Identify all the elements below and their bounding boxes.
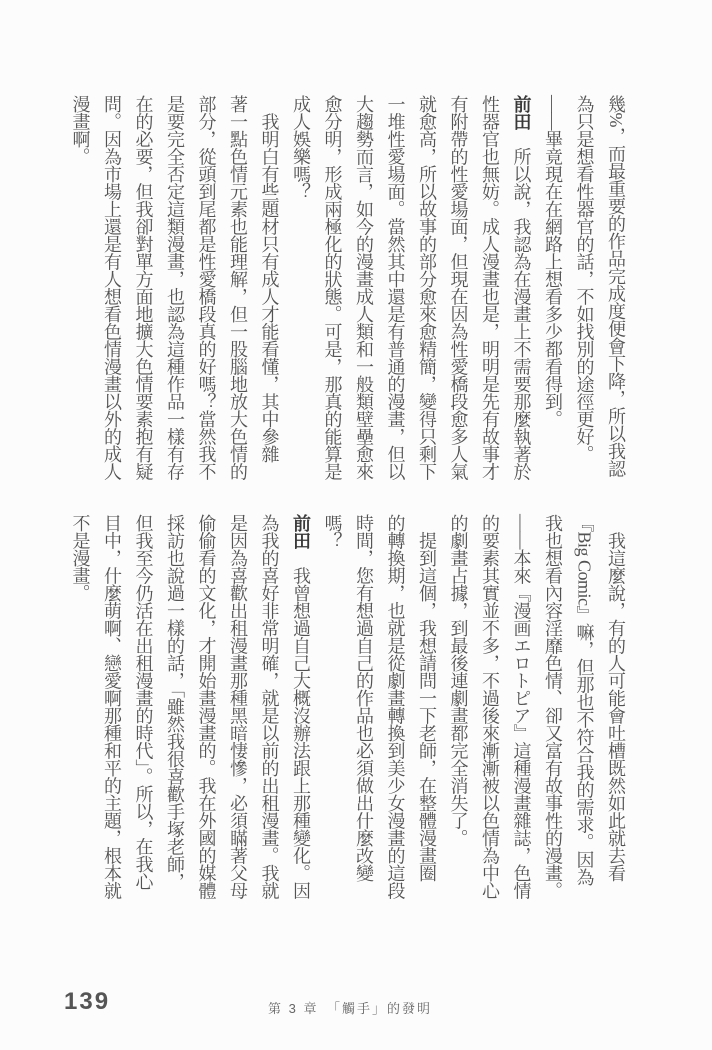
text-column: 問。因為市場上還是有人想看色情漫畫以外的成人: [103, 95, 121, 497]
text-column: 前田 所以說，我認為在漫畫上不需要那麼執著於: [513, 95, 531, 497]
text-column: 性器官也無妨。成人漫畫也是，明明是先有故事才: [481, 95, 499, 497]
speaker-name: 前田: [291, 514, 311, 549]
text-column: 我也想看內容淫靡色情、卻又富有故事性的漫畫。: [544, 514, 562, 918]
text-column: 成人娛樂嗎？: [292, 95, 310, 497]
text-column: 就愈高，所以故事的部分愈來愈精簡，變得只剩下: [418, 95, 436, 497]
text-column: 不是漫畫。: [72, 514, 90, 918]
interview-text-block-top: 幾%，而最重要的作品完成度便會下降，所以我認為只是想看性器官的話，不如找別的途徑…: [63, 95, 625, 497]
text-column: ——畢竟現在在網路上想看多少都看得到。: [544, 95, 562, 497]
text-column: 在的必要，但我卻對單方面地擴大色情要素抱有疑: [135, 95, 153, 497]
text-column: 的轉換期，也就是從劇畫轉換到美少女漫畫的這段: [387, 514, 405, 918]
text-column: 時間，您有想過自己的作品也必須做出什麼改變: [355, 514, 373, 918]
text-column: 但我至今仍活在出租漫畫的時代」。所以，在我心: [135, 514, 153, 918]
text-column: 漫畫啊。: [72, 95, 90, 497]
text-column: 嗎？: [324, 514, 342, 918]
text-column: 是要完全否定這類漫畫，也認為這種作品一樣有存: [166, 95, 184, 497]
text-column: 前田 我曾想過自己大概沒辦法跟上那種變化。因: [292, 514, 310, 918]
text-column: 著一點色情元素也能理解，但一股腦地放大色情的: [229, 95, 247, 497]
interview-text-block-bottom: 我這麼說，有的人可能會吐槽既然如此就去看『Big Comic』嘛，但那也不符合我…: [63, 514, 625, 918]
text-column: 是因為喜歡出租漫畫那種黑暗悽慘，必須瞞著父母: [229, 514, 247, 918]
text-column: 的要素其實並不多，不過後來漸漸被以色情為中心: [481, 514, 499, 918]
text-column: 提到這個，我想請問一下老師，在整體漫畫圈: [418, 514, 436, 918]
text-column: 有附帶的性愛場面，但現在因為性愛橋段愈多人氣: [450, 95, 468, 497]
text-column: 採訪也說過一樣的話，「雖然我很喜歡手塚老師，: [166, 514, 184, 918]
text-column: 大趨勢而言，如今的漫畫成人類和一般類壁壘愈來: [355, 95, 373, 497]
text-column: 目中，什麼萌啊、戀愛啊那種和平的主題，根本就: [103, 514, 121, 918]
book-page: 幾%，而最重要的作品完成度便會下降，所以我認為只是想看性器官的話，不如找別的途徑…: [0, 0, 712, 1050]
speaker-name: 前田: [512, 95, 532, 130]
text-column: 我這麼說，有的人可能會吐槽既然如此就去看: [607, 514, 625, 918]
text-column: 愈分明，形成兩極化的狀態。可是，那真的能算是: [324, 95, 342, 497]
chapter-footer: 第 3 章 「觸手」的發明: [268, 998, 432, 1017]
text-column: 我明白有些題材只有成人才能看懂，其中參雜: [261, 95, 279, 497]
text-column: ——本來『漫画エロトピア』這種漫畫雜誌，色情: [513, 514, 531, 918]
text-column: 偷偷看的文化，才開始畫漫畫的。我在外國的媒體: [198, 514, 216, 918]
text-column: 幾%，而最重要的作品完成度便會下降，所以我認: [607, 95, 625, 497]
text-column: 『Big Comic』嘛，但那也不符合我的需求。因為: [576, 514, 594, 918]
text-column: 的劇畫占據，到最後連劇畫都完全消失了。: [450, 514, 468, 918]
text-column: 為我的喜好非常明確，就是以前的出租漫畫。我就: [261, 514, 279, 918]
text-column: 一堆性愛場面。當然其中還是有普通的漫畫，但以: [387, 95, 405, 497]
text-column: 為只是想看性器官的話，不如找別的途徑更好。: [576, 95, 594, 497]
text-column: 部分，從頭到尾都是性愛橋段真的好嗎？當然我不: [198, 95, 216, 497]
page-number: 139: [64, 988, 110, 1016]
